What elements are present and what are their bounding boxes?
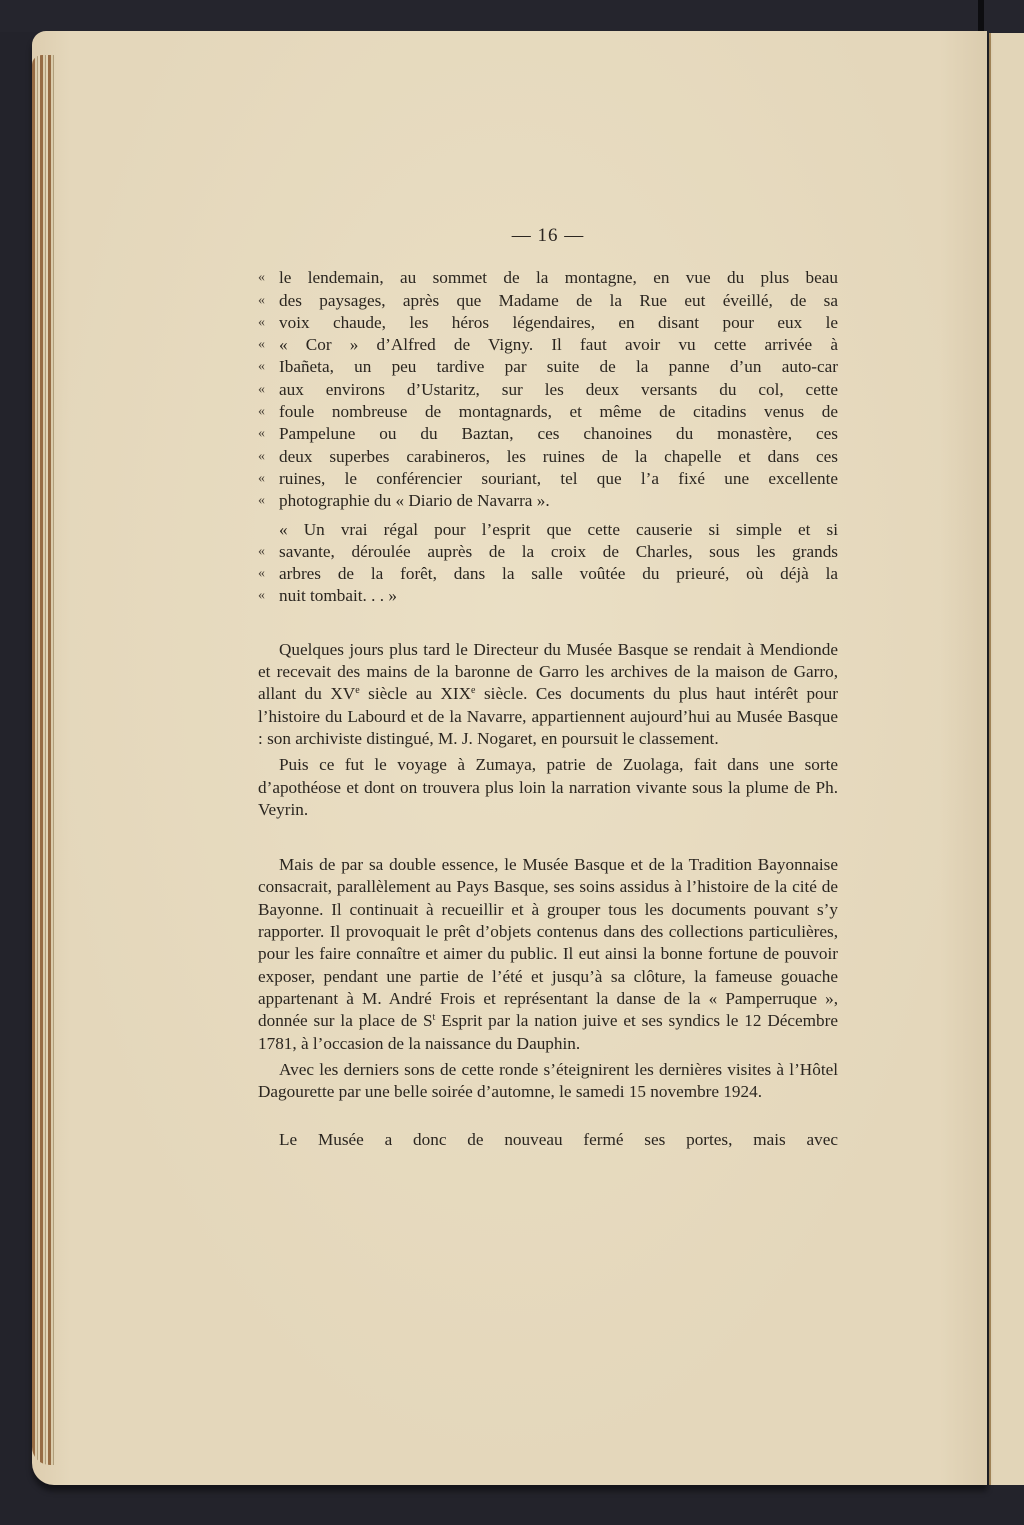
quote-text: Pampelune ou du Baztan, ces chanoines du…	[279, 423, 838, 445]
quote-line: «aux environs d’Ustaritz, sur les deux v…	[258, 379, 838, 401]
quote-line: «savante, déroulée auprès de la croix de…	[258, 541, 838, 563]
page-stack-edge	[32, 55, 54, 1465]
quote-line: « Un vrai régal pour l’esprit que cette …	[258, 519, 838, 541]
quote-block-2: « Un vrai régal pour l’esprit que cette …	[258, 519, 838, 608]
quote-text: Ibañeta, un peu tardive par suite de la …	[279, 356, 838, 378]
paragraph-closing: Le Musée a donc de nouveau fermé ses por…	[258, 1129, 838, 1151]
quote-text: savante, déroulée auprès de la croix de …	[279, 541, 838, 563]
book-spine-gap	[978, 0, 984, 32]
guillemet-mark: «	[258, 379, 279, 401]
quote-line: «voix chaude, les héros légendaires, en …	[258, 312, 838, 334]
quote-line: «nuit tombait. . . »	[258, 585, 838, 607]
facing-page-edge	[989, 33, 1024, 1485]
quote-line: «photographie du « Diario de Navarra ».	[258, 490, 838, 512]
quote-line: «le lendemain, au sommet de la montagne,…	[258, 267, 838, 289]
quote-block-1: «le lendemain, au sommet de la montagne,…	[258, 267, 838, 512]
guillemet-mark: «	[258, 490, 279, 512]
quote-text: aux environs d’Ustaritz, sur les deux ve…	[279, 379, 838, 401]
quote-text: le lendemain, au sommet de la montagne, …	[279, 267, 838, 289]
quote-text: deux superbes carabineros, les ruines de…	[279, 446, 838, 468]
paragraph-mendionde: Quelques jours plus tard le Directeur du…	[258, 639, 838, 750]
quote-text: voix chaude, les héros légendaires, en d…	[279, 312, 838, 334]
quote-text: nuit tombait. . . »	[279, 585, 838, 607]
quote-text: des paysages, après que Madame de la Rue…	[279, 290, 838, 312]
quote-line: «deux superbes carabineros, les ruines d…	[258, 446, 838, 468]
guillemet-mark: «	[258, 423, 279, 445]
quote-line: «Ibañeta, un peu tardive par suite de la…	[258, 356, 838, 378]
quote-text: « Un vrai régal pour l’esprit que cette …	[258, 519, 838, 541]
page-number: — 16 —	[258, 225, 838, 247]
paragraph-zumaya: Puis ce fut le voyage à Zumaya, patrie d…	[258, 754, 838, 821]
quote-text: arbres de la forêt, dans la salle voûtée…	[279, 563, 838, 585]
guillemet-mark: «	[258, 290, 279, 312]
quote-text: foule nombreuse de montagnards, et même …	[279, 401, 838, 423]
guillemet-mark: «	[258, 541, 279, 563]
quote-line: «Pampelune ou du Baztan, ces chanoines d…	[258, 423, 838, 445]
quote-line: «ruines, le conférencier souriant, tel q…	[258, 468, 838, 490]
guillemet-mark: «	[258, 585, 279, 607]
quote-line: «arbres de la forêt, dans la salle voûté…	[258, 563, 838, 585]
quote-text: photographie du « Diario de Navarra ».	[279, 490, 838, 512]
quote-line: «des paysages, après que Madame de la Ru…	[258, 290, 838, 312]
guillemet-mark: «	[258, 446, 279, 468]
paragraph-dagourette: Avec les derniers sons de cette ronde s’…	[258, 1059, 838, 1104]
guillemet-mark: «	[258, 356, 279, 378]
page-content: — 16 — «le lendemain, au sommet de la mo…	[258, 225, 838, 1152]
paragraph-text: Mais de par sa double essence, le Musée …	[258, 855, 838, 1030]
quote-line: «foule nombreuse de montagnards, et même…	[258, 401, 838, 423]
quote-text: « Cor » d’Alfred de Vigny. Il faut avoir…	[279, 334, 838, 356]
guillemet-mark: «	[258, 334, 279, 356]
guillemet-mark: «	[258, 267, 279, 289]
paragraph-bayonne: Mais de par sa double essence, le Musée …	[258, 854, 838, 1055]
guillemet-mark: «	[258, 312, 279, 334]
quote-line: «« Cor » d’Alfred de Vigny. Il faut avoi…	[258, 334, 838, 356]
scan-background	[0, 0, 1024, 32]
quote-text: ruines, le conférencier souriant, tel qu…	[279, 468, 838, 490]
paragraph-text: siècle au XIX	[360, 684, 471, 703]
guillemet-mark: «	[258, 401, 279, 423]
guillemet-mark: «	[258, 563, 279, 585]
guillemet-mark: «	[258, 468, 279, 490]
